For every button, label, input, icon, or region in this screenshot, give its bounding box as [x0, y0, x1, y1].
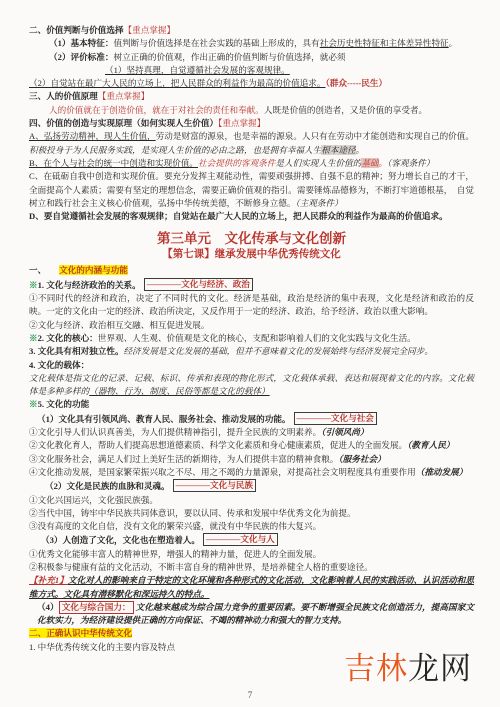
doc-line: 人的价值就在于创造价值，就在于对社会的责任和奉献。人既是价值的创造者，又是价值的…: [29, 104, 474, 117]
text-run: 1. 中华优秀传统文化的主要内容及特点: [29, 642, 175, 652]
text-run: ③文化服务社会，满足人们过上美好生活的新期待，为人们提供丰富的精神食粮。: [29, 454, 338, 464]
text-run: 社会历史性特征和主体差异性特征: [320, 38, 449, 48]
keyword-tag-box: ————文化与社会: [294, 412, 377, 425]
text-run: A、弘扬劳动精神，现人生价值，: [29, 131, 156, 141]
doc-line: D、要自觉遵循社会发展的客观规律；自觉站在最广大人民的立场上，把人民群众的利益作…: [29, 210, 474, 223]
doc-line: ※1. 文化与经济政治的关系。————文化与经济、政治: [29, 278, 474, 292]
text-run: 二、价值判断与价值选择: [29, 25, 124, 35]
doc-line: ①文化引导人们认识真善美，为人们提供精神指引，提升全民族的文明素养。（引领风尚）: [29, 426, 474, 439]
text-run: ②积极参与健康有益的文化活动，不断丰富自身的精神世界，是培养健全人格的重要途径。: [29, 562, 373, 572]
text-run: （1）基本特征：: [49, 38, 113, 48]
text-run: 基础: [361, 158, 378, 168]
text-run: 二、正确认识中华传统文化: [29, 628, 132, 638]
text-run: ①优秀文化能够丰富人的精神世界，增强人的精神力量，促进人的全面发展。: [29, 549, 321, 559]
text-run: ④文化推动发展，是国家繁荣振兴取之不尽、用之不竭的力量源泉，对提高社会文明程度具…: [29, 467, 416, 477]
keyword-tag-box: ————文化与民族: [173, 479, 256, 492]
doc-line: ②当代中国，铸牢中华民族共同体意识，要以认同、传承和发展中华优秀文化为前提。: [29, 507, 474, 520]
text-run: 4. 文化的载体：: [29, 360, 89, 370]
doc-line: B、在个人与社会的统一中创造和实现价值。社会提供的客观条件是人们实现人生价值的基…: [29, 157, 474, 170]
text-run: 一、: [29, 265, 42, 275]
text-run: （服务社会）: [338, 454, 385, 464]
text-run: （群众-----民生）: [326, 78, 388, 88]
keyword-tag-box: ————文化与人: [203, 533, 278, 546]
text-run: 第三单元 文化传承与文化创新: [157, 231, 346, 246]
text-run: 。: [379, 158, 388, 168]
text-run: （主观条件）: [295, 198, 342, 208]
text-run: （2）评价标准：: [49, 52, 113, 62]
heading-2-tradition: 二、正确认识中华传统文化: [29, 627, 474, 640]
doc-line: ①不同时代的经济和政治，决定了不同时代的文化。经济是基础，政治是经济的集中表现，…: [29, 292, 474, 319]
text-run: 【第七课】继承发展中华优秀传统文化: [162, 249, 341, 260]
doc-line: ※2. 文化的核心：世界观、人生观、价值观是文化的核心，支配和影响着人们的文化实…: [29, 332, 474, 345]
text-run: D、要自觉遵循社会发展的客观规律；自觉站在最广大人民的立场上，把人民群众的利益作…: [29, 211, 448, 221]
text-run: 劳动是财富的源泉，也是幸福的源泉。人只有在劳动中才能创造和实现自己的价值。: [156, 131, 474, 141]
document-page: 二、价值判断与价值选择【重点掌握】（1）基本特征：值判断与价值选择是在社会实践的…: [0, 0, 500, 707]
document-body: 二、价值判断与价值选择【重点掌握】（1）基本特征：值判断与价值选择是在社会实践的…: [29, 24, 474, 654]
text-run: C、在砥砺自我中创造和实现价值。要充分发挥主观能动性，需要顽强拼搏、自强不息的精…: [29, 171, 474, 208]
heading-1-culture: 一、 文化的内涵与功能: [29, 264, 474, 277]
text-run: 人既是价值的创造者，又是价值的享受者。: [264, 105, 427, 115]
text-run: （器物、行为、制度、民俗等都是文化的载体）: [89, 386, 269, 396]
text-run: （客观条件）: [387, 158, 434, 168]
text-run: 【重点掌握】: [124, 25, 176, 35]
lesson-title: 【第七课】继承发展中华优秀传统文化: [29, 247, 474, 262]
text-run: 【补充1】: [29, 575, 68, 585]
doc-line: ①优秀文化能够丰富人的精神世界，增强人的精神力量，促进人的全面发展。: [29, 548, 474, 561]
text-run: （3）人创造了文化，文化也在塑造着人。: [41, 535, 200, 545]
text-run: 2. 文化的核心：: [38, 333, 98, 343]
doc-line: C、在砥砺自我中创造和实现价值。要充分发挥主观能动性，需要顽强拼搏、自强不息的精…: [29, 170, 474, 210]
watermark: 吉林龙网: [344, 652, 472, 686]
text-run: ※: [29, 280, 38, 290]
text-run: 根本途径: [321, 145, 355, 155]
text-run: （推动发展）: [416, 467, 468, 477]
text-run: ②文化教化育人，帮助人们提高思想道德素质、科学文化素质和身心健康素质，促进人的全…: [29, 440, 407, 450]
text-run: ③没有高度的文化自信，没有文化的繁荣兴盛，就没有中华民族的伟大复兴。: [29, 521, 321, 531]
text-run: 1. 文化与经济政治的关系。: [38, 280, 141, 290]
doc-line: 文化载体是指文化的记录、记载、标识、传承和表现的物化形式，文化载体承载、表达和展…: [29, 372, 474, 399]
text-run: 经济发展是文化发展的基础，但并不意味着文化的发展始终与经济发展完全同步。: [124, 346, 433, 356]
text-run: 是人们实现人生价值的: [275, 158, 361, 168]
doc-line: 【补充1】文化对人的影响来自于特定的文化环境和各种形式的文化活动，文化影响着人民…: [29, 574, 474, 601]
text-run: （引领风尚）: [321, 427, 368, 437]
doc-line: ①文化兴国运兴，文化强民族强。: [29, 494, 474, 507]
doc-line: ③文化服务社会，满足人们过上美好生活的新期待，为人们提供丰富的精神食粮。（服务社…: [29, 453, 474, 466]
text-run: 值判断与价值选择是在社会实践的基础上形成的，具有: [113, 38, 319, 48]
watermark-part-orange: 吉林: [344, 651, 408, 686]
text-run: （2）自觉站在最广大人民的立场上，把人民群众的利益作为最高的价值追求。: [29, 78, 326, 88]
text-run: 文化对人的影响来自于特定的文化环境和各种形式的文化活动，文化影响着人民的实践活动…: [29, 575, 474, 598]
text-run: （1）文化具有引领风尚、教育人民、服务社会、推动发展的功能。: [37, 414, 291, 424]
text-run: ※: [29, 399, 38, 409]
text-run: 人的价值就在于创造价值，就在于对社会的责任和奉献。: [49, 105, 264, 115]
text-run: 四、价值的创造与实现原理（如何实现人生价值）: [29, 118, 218, 128]
text-run: 【重点掌握】: [98, 91, 150, 101]
doc-line: ※5. 文化的功能: [29, 398, 474, 411]
keyword-tag-box: 文化与综合国力：: [59, 601, 134, 614]
text-run: ①不同时代的经济和政治，决定了不同时代的文化。经济是基础，政治是经济的集中表现，…: [29, 293, 474, 316]
doc-line: ④文化推动发展，是国家繁荣振兴取之不尽、用之不竭的力量源泉，对提高社会文明程度具…: [29, 466, 474, 479]
text-run: （教育人民）: [407, 440, 454, 450]
text-run: 5. 文化的功能: [38, 399, 90, 409]
text-run: 【重点掌握】: [218, 118, 265, 128]
text-run: B、在个人与社会的统一中创造和实现价值。: [29, 158, 198, 168]
text-run: ②当代中国，铸牢中华民族共同体意识，要以认同、传承和发展中华优秀文化为前提。: [29, 508, 356, 518]
doc-line: 4. 文化的载体：: [29, 359, 474, 372]
text-run: 。: [449, 38, 458, 48]
text-run: ②文化与经济、政治相互交融、相互促进发展。: [29, 320, 209, 330]
text-run: （4）: [37, 602, 59, 612]
text-run: ※: [29, 333, 38, 343]
doc-line: （1）基本特征：值判断与价值选择是在社会实践的基础上形成的，具有社会历史性特征和…: [29, 37, 474, 50]
doc-line: （2）文化是民族的血脉和灵魂。————文化与民族: [29, 479, 474, 493]
unit-title: 第三单元 文化传承与文化创新: [29, 230, 474, 247]
text-run: 社会提供的客观条件: [198, 158, 275, 168]
doc-line: ②积极参与健康有益的文化活动，不断丰富自身的精神世界，是培养健全人格的重要途径。: [29, 561, 474, 574]
text-run: 世界观、人生观、价值观是文化的核心，支配和影响着人们的文化实践与文化生活。: [98, 333, 416, 343]
heading-3: 三、人的价值原理【重点掌握】: [29, 90, 474, 103]
doc-line: （1）文化具有引领风尚、教育人民、服务社会、推动发展的功能。————文化与社会: [29, 412, 474, 426]
doc-line: （4）文化与综合国力：文化越来越成为综合国力竞争的重要因素。要不断增强全民族文化…: [29, 601, 474, 628]
text-run: 树立正确的价值观，作出正确的价值判断与价值选择，就必须: [113, 52, 345, 62]
doc-line: ③没有高度的文化自信，没有文化的繁荣兴盛，就没有中华民族的伟大复兴。: [29, 520, 474, 533]
text-run: 三、人的价值原理: [29, 91, 98, 101]
text-run: （1）坚持真理，自觉遵循社会发展的客观规律。: [105, 65, 290, 75]
keyword-tag-box: ————文化与经济、政治: [144, 278, 253, 291]
watermark-part-black: 龙网: [408, 651, 472, 686]
text-run: （2）文化是民族的血脉和灵魂。: [45, 481, 170, 491]
doc-line: A、弘扬劳动精神，现人生价值，劳动是财富的源泉，也是幸福的源泉。人只有在劳动中才…: [29, 130, 474, 157]
text-run: 积极投身于为人民服务实践，是实现人生价值的必由之路，也是拥有幸福人生: [29, 145, 321, 155]
doc-line: ②文化与经济、政治相互交融、相互促进发展。: [29, 319, 474, 332]
doc-line: （1）坚持真理，自觉遵循社会发展的客观规律。: [29, 64, 474, 77]
doc-line: ②文化教化育人，帮助人们提高思想道德素质、科学文化素质和身心健康素质，促进人的全…: [29, 439, 474, 452]
doc-line: （2）评价标准：树立正确的价值观，作出正确的价值判断与价值选择，就必须: [29, 51, 474, 64]
text-run: ①文化兴国运兴，文化强民族强。: [29, 495, 158, 505]
text-run: 3. 文化具有相对独立性。: [29, 346, 124, 356]
doc-line: （3）人创造了文化，文化也在塑造着人。————文化与人: [29, 533, 474, 547]
heading-2: 二、价值判断与价值选择【重点掌握】: [29, 24, 474, 37]
text-run: 文化的内涵与功能: [59, 265, 128, 275]
page-number: 7: [0, 690, 500, 700]
doc-line: 3. 文化具有相对独立性。经济发展是文化发展的基础，但并不意味着文化的发展始终与…: [29, 345, 474, 358]
text-run: ①文化引导人们认识真善美，为人们提供精神指引，提升全民族的文明素养。: [29, 427, 321, 437]
text-run: 。: [356, 145, 365, 155]
heading-4: 四、价值的创造与实现原理（如何实现人生价值）【重点掌握】: [29, 117, 474, 130]
doc-line: （2）自觉站在最广大人民的立场上，把人民群众的利益作为最高的价值追求。（群众--…: [29, 77, 474, 90]
text-run: [42, 265, 59, 275]
